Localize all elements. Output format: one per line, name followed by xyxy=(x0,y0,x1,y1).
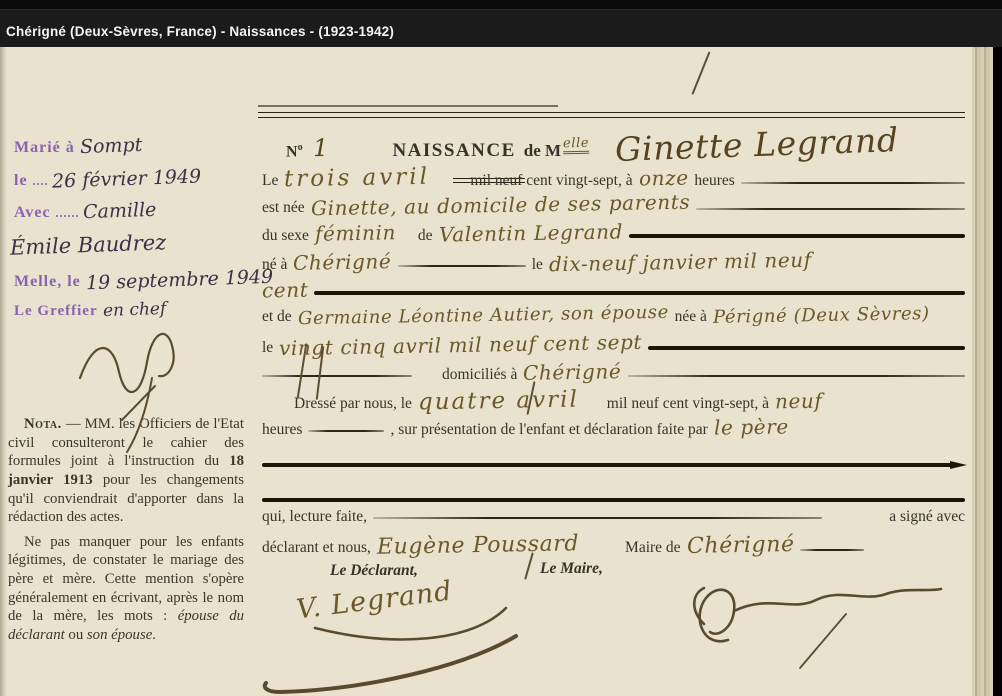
act-line-12: déclarant et nous, Eugène Poussard Maire… xyxy=(262,533,965,558)
nota-paragraph-2: Ne pas manquer pour les enfants légitime… xyxy=(8,533,244,645)
act-line-11: qui, lecture faite, a signé avec xyxy=(262,508,965,526)
act-line-3: du sexe féminin de Valentin Legrand xyxy=(262,221,965,245)
act-title-superscript: elle xyxy=(563,136,589,154)
l4-label: né à xyxy=(262,256,287,274)
stamp-date-value: 26 février 1949 xyxy=(51,165,201,192)
page-left-edge xyxy=(0,47,7,696)
fill-rule xyxy=(696,208,965,211)
l11-text: qui, lecture faite, xyxy=(262,508,367,526)
pen-stroke xyxy=(691,51,710,94)
record-viewer-page: Chérigné (Deux-Sèvres, France) - Naissan… xyxy=(0,0,1002,696)
act-line-9: Dressé par nous, le quatre avril mil neu… xyxy=(262,388,997,414)
act-line-4: né à Chérigné le dix-neuf janvier mil ne… xyxy=(262,250,965,274)
l6-mother-hand: Germaine Léontine Autier, son épouse xyxy=(298,302,669,329)
l7-le: le xyxy=(262,339,273,357)
act-number-n: N xyxy=(286,143,298,160)
viewer-right-border xyxy=(993,47,1002,696)
stamp-spouse-value: Émile Baudrez xyxy=(10,230,167,259)
l9-act-date-hand: quatre avril xyxy=(418,387,579,416)
fill-rule xyxy=(800,549,864,552)
act-number-ordinal: o xyxy=(298,142,303,153)
stamp-line-with: Avec Camille xyxy=(14,200,156,222)
l10-declarant-hand: le père xyxy=(714,414,789,439)
l1-heures: heures xyxy=(694,172,734,190)
l3-sex-hand: féminin xyxy=(315,220,396,245)
nota-p2-ou: ou xyxy=(65,627,87,643)
top-double-rule xyxy=(258,112,965,118)
l3-father-hand: Valentin Legrand xyxy=(438,219,622,246)
act-number-label: No xyxy=(286,142,303,161)
stamp-date-label: le xyxy=(14,172,28,190)
l12-maire: Maire de xyxy=(625,539,681,557)
nota-paragraph-1: Nota. — MM. les Officiers de l'Etat civi… xyxy=(8,415,244,527)
l5-cent-hand: cent xyxy=(262,278,309,303)
stamp-with-value: Camille xyxy=(82,199,156,224)
nota-p2-period: . xyxy=(152,627,156,643)
book-binding-gutter xyxy=(972,47,993,696)
declarant-caption: Le Déclarant, xyxy=(330,562,418,580)
act-line-1: Le trois avril mil neuf cent vingt-sept,… xyxy=(262,165,965,191)
stamp-place-date-value: 19 septembre 1949 xyxy=(85,266,273,295)
viewer-header-bar: Chérigné (Deux-Sèvres, France) - Naissan… xyxy=(0,10,1002,47)
l9-year-printed: mil neuf cent vingt-sept, à xyxy=(607,395,769,413)
stamp-line-clerk: Le Greffier en chef xyxy=(14,300,166,320)
l4-le: le xyxy=(532,256,543,274)
l8-label: domiciliés à xyxy=(442,366,517,384)
l4-father-birthdate-hand: dix-neuf janvier mil neuf xyxy=(549,248,812,277)
fill-rule xyxy=(628,375,965,378)
l12-commune-hand: Chérigné xyxy=(686,532,794,559)
fill-rule-thick xyxy=(648,346,965,350)
maire-caption: Le Maire, xyxy=(540,560,603,578)
nota-label: Nota. xyxy=(24,416,62,432)
act-line-6: et de Germaine Léontine Autier, son épou… xyxy=(262,305,965,326)
fill-rule xyxy=(741,182,965,185)
l6-label: et de xyxy=(262,308,292,326)
l3-de: de xyxy=(418,227,433,245)
l2-child-hand: Ginette, au domicile de ses parents xyxy=(310,190,690,221)
fill-rule xyxy=(398,265,526,268)
nota-p2-italic-2: son épouse xyxy=(87,627,152,643)
l7-mother-birthdate-hand: vingt cinq avril mil neuf cent sept xyxy=(279,330,642,360)
l10-text: , sur présentation de l'enfant et déclar… xyxy=(390,421,707,439)
stamp-place-date-label: Melle, le xyxy=(14,273,81,291)
section-rule-2 xyxy=(262,498,965,502)
l10-heures: heures xyxy=(262,421,302,439)
l3-label: du sexe xyxy=(262,227,309,245)
l2-label: est née xyxy=(262,199,305,217)
act-title-de-m: de M xyxy=(524,141,561,161)
l12-text: déclarant et nous, xyxy=(262,539,371,557)
nota-block: Nota. — MM. les Officiers de l'Etat civi… xyxy=(8,415,244,651)
stamp-line-spouse: Émile Baudrez xyxy=(10,233,166,257)
window-top-strip xyxy=(0,0,1002,10)
l9-label: Dressé par nous, le xyxy=(294,395,412,413)
l1-birth-date-hand: trois avril xyxy=(284,164,430,193)
l1-le: Le xyxy=(262,172,278,190)
stamp-with-label: Avec xyxy=(14,204,51,222)
act-number-value: 1 xyxy=(312,134,328,162)
stamp-married-value: Sompt xyxy=(79,134,142,158)
l4-birthplace-hand: Chérigné xyxy=(293,249,392,275)
fill-rule xyxy=(262,375,412,378)
document-scan[interactable]: Marié à Sompt le 26 février 1949 Avec Ca… xyxy=(0,47,993,696)
register-title: Chérigné (Deux-Sèvres, France) - Naissan… xyxy=(6,24,394,39)
declarant-signature: V. Legrand xyxy=(295,576,454,626)
fill-rule-thick xyxy=(629,234,965,238)
l11-signed: a signé avec xyxy=(889,508,965,526)
stamp-line-place-date: Melle, le 19 septembre 1949 xyxy=(14,269,273,291)
child-name: Ginette Legrand xyxy=(615,120,900,169)
stamp-dotted-leader xyxy=(33,171,47,185)
stamp-dotted-leader xyxy=(56,203,78,217)
l9-hour-hand: neuf xyxy=(775,389,823,414)
top-hairline-rule xyxy=(258,105,558,107)
mayor-name-hand: Eugène Poussard xyxy=(377,531,580,560)
fill-rule xyxy=(308,430,384,433)
l6-nee: née à xyxy=(675,308,707,326)
section-rule-1 xyxy=(262,463,957,467)
act-title-naissance: NAISSANCE xyxy=(392,140,515,162)
l1-hour-hand: onze xyxy=(638,166,688,191)
l6-mother-birthplace-hand: Périgné (Deux Sèvres) xyxy=(713,303,930,328)
act-line-8: domiciliés à Chérigné xyxy=(262,360,965,384)
act-line-2: est née Ginette, au domicile de ses pare… xyxy=(262,193,965,217)
l8-domicile-hand: Chérigné xyxy=(523,359,622,385)
act-line-5: cent xyxy=(262,278,965,302)
l1-year-printed: mil neuf cent vingt-sept, à xyxy=(470,172,632,190)
stamp-clerk-label: Le Greffier xyxy=(14,303,98,320)
stamp-line-married: Marié à Sompt xyxy=(14,135,142,157)
fill-rule xyxy=(373,517,822,520)
stamp-line-date: le 26 février 1949 xyxy=(14,168,201,190)
stamp-clerk-suffix: en chef xyxy=(102,299,166,321)
act-title-row: No 1 NAISSANCE de M elle Ginette Legrand xyxy=(258,125,968,164)
act-line-7: le vingt cinq avril mil neuf cent sept xyxy=(262,333,965,357)
stamp-married-label: Marié à xyxy=(14,139,75,157)
fill-rule-thick xyxy=(314,291,965,295)
act-line-10: heures , sur présentation de l'enfant et… xyxy=(262,415,965,439)
